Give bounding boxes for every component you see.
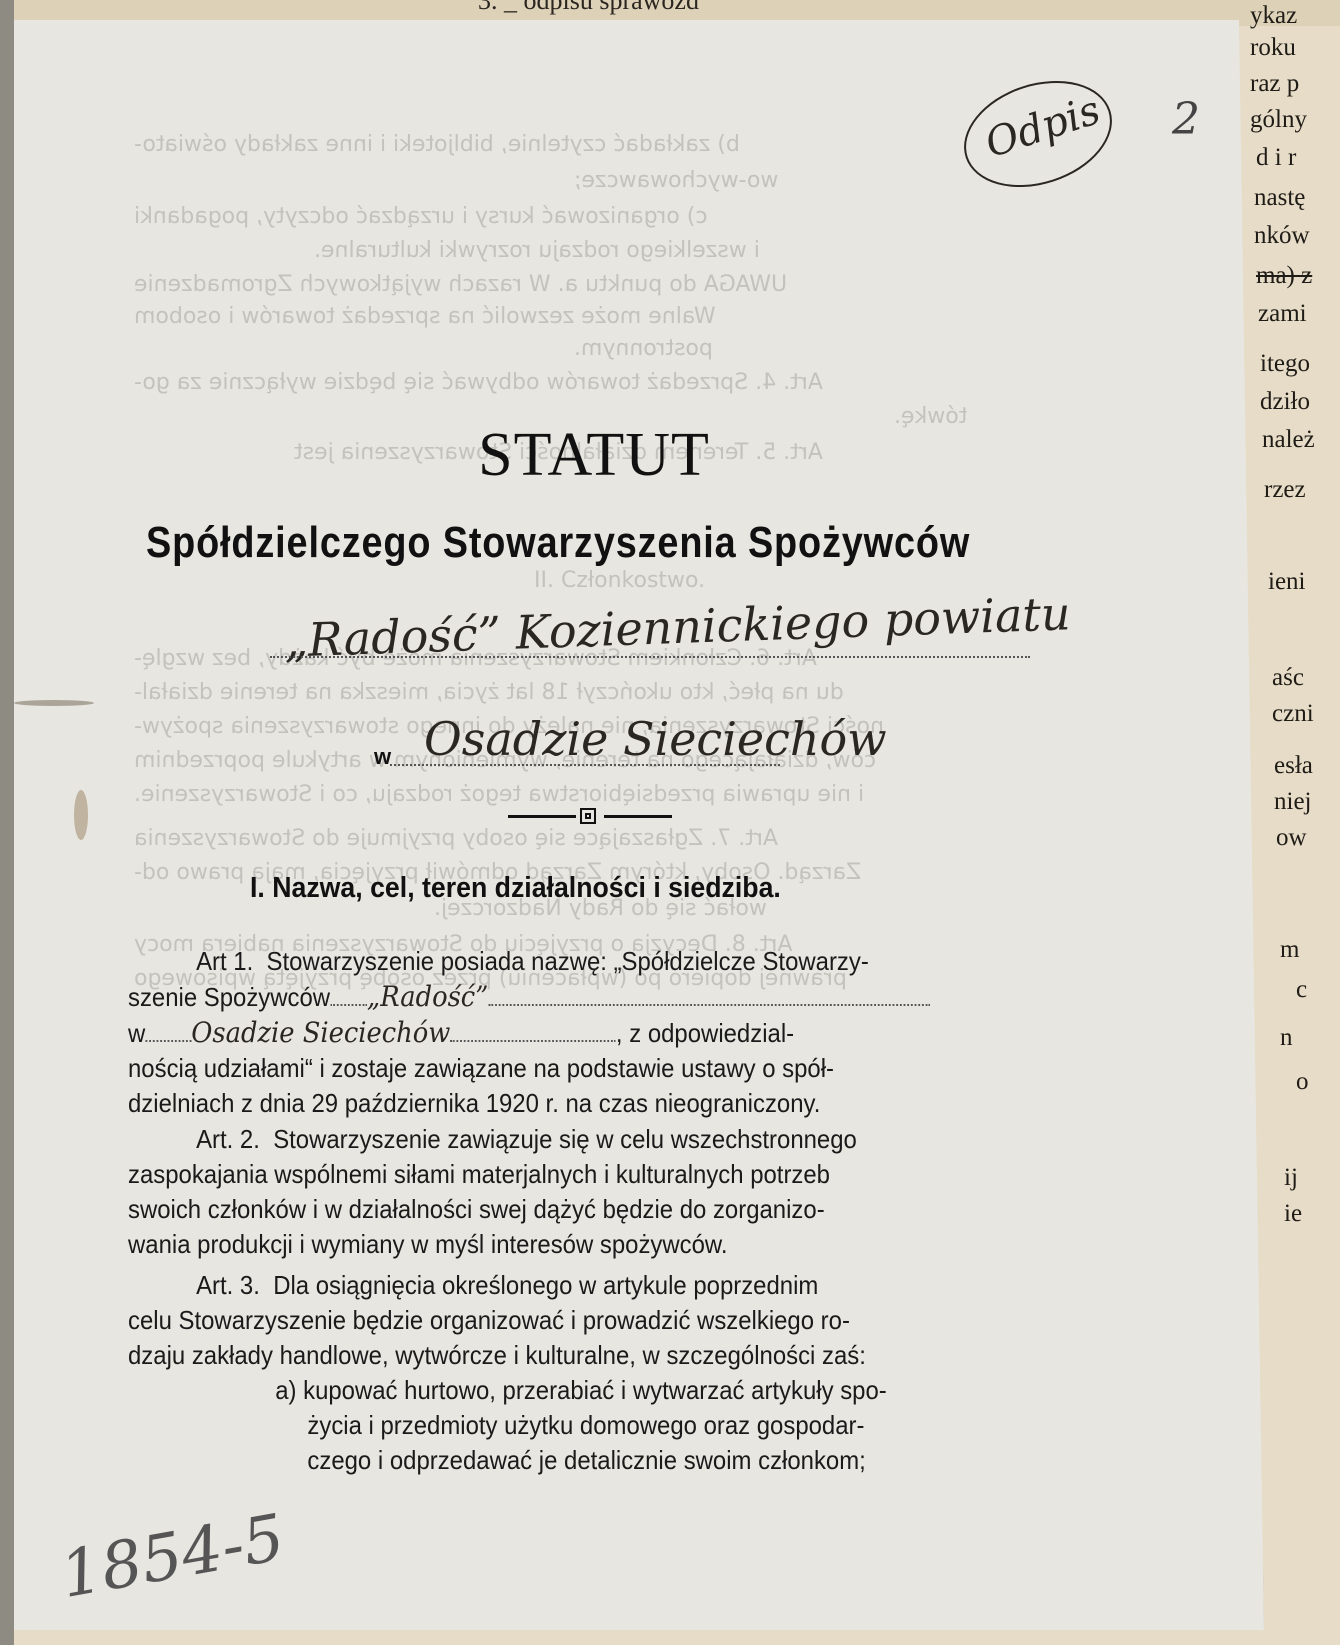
fragment: ieni [1268, 568, 1306, 596]
fragment: ie [1284, 1200, 1302, 1228]
dotted-fill-line [390, 764, 780, 766]
odpis-text: Odpis [980, 87, 1106, 167]
handwritten-place: Osadzie Sieciechów [424, 712, 887, 766]
handwritten-place-inline: Osadzie Sieciechów [191, 1016, 450, 1049]
archive-number: 1854-5 [55, 1501, 290, 1613]
article-1: Art 1. Stowarzyszenie posiada nazwę: „Sp… [128, 944, 1002, 1121]
fragment: ow [1276, 824, 1307, 852]
bleed-text: du na płeć, kto ukończył 18 lat życia, m… [134, 680, 844, 705]
fragment: zami [1258, 300, 1307, 328]
bleed-text: b) zakładać czytelnie, bibljoteki i inne… [134, 132, 740, 157]
ink-stain [74, 790, 88, 840]
fragment: ma) z [1256, 262, 1312, 290]
art3-item-a: a) kupować hurtowo, przerabiać i wytwarz… [128, 1373, 1002, 1408]
fragment: niej [1274, 788, 1312, 816]
bleed-text: UWAGA do punktu a. W razach wyjątkowych … [134, 272, 787, 297]
handwritten-name-inline: „Radość” [367, 980, 489, 1013]
bleed-text: wo-wychowawcze; [574, 168, 778, 193]
art3-label: Art. 3. [196, 1270, 260, 1300]
fragment: o [1296, 1068, 1309, 1096]
bleed-text: Walne może zezwolić na sprzedaż towarów … [134, 304, 716, 329]
fragment: c [1296, 976, 1307, 1004]
fragment: n [1280, 1024, 1293, 1052]
fragment: m [1280, 936, 1299, 964]
page-number: 2 [1172, 94, 1200, 145]
document-subtitle: Spółdzielczego Stowarzyszenia Spożywców [146, 518, 903, 568]
divider-ornament [508, 808, 672, 824]
fragment: itego [1260, 350, 1310, 378]
fragment: d i r [1256, 144, 1296, 172]
bleed-text: II. Członkostwo. [534, 568, 705, 593]
fragment: ykaz [1250, 2, 1297, 30]
fragment: dziło [1260, 388, 1310, 416]
dotted-fill-line [270, 656, 1030, 658]
fragment: czni [1272, 700, 1314, 728]
fragment: nków [1254, 222, 1310, 250]
left-edge-strip [0, 0, 14, 1645]
bleed-text: i nie uprawia przedsiębiorstwa tegoż rod… [134, 782, 864, 807]
top-strip-text: 3. _ odpisu sprawozd [478, 0, 699, 16]
fragment: ij [1284, 1164, 1298, 1192]
document-title: STATUT [14, 420, 1174, 491]
fragment: nastę [1254, 184, 1305, 212]
bleed-text: i wszelkiego rodzaju rozrywki kulturalne… [314, 238, 760, 263]
section-heading: I. Nazwa, cel, teren działalności i sied… [250, 872, 781, 905]
article-2: Art. 2. Stowarzyszenie zawiązuje się w c… [128, 1122, 1002, 1262]
fragment: esła [1274, 752, 1313, 780]
ornament-square-icon [580, 808, 596, 824]
fragment: roku [1250, 34, 1296, 62]
bleed-text: Art. 4. Sprzedaż towarów odbywać się będ… [134, 370, 823, 395]
bleed-text: c) organizować kursy i urządzać odczyty,… [134, 204, 707, 229]
art2-label: Art. 2. [196, 1124, 260, 1154]
w-label: w [374, 744, 391, 770]
bleed-text: postronnym. [574, 336, 713, 361]
fragment: aśc [1272, 664, 1304, 692]
document-page: b) zakładać czytelnie, bibljoteki i inne… [14, 20, 1264, 1630]
fragment: gólny [1250, 106, 1307, 134]
article-3: Art. 3. Dla osiągnięcia określonego w ar… [128, 1268, 1002, 1478]
bleed-text: Art. 7. Zgłaszające się osoby przyjmuje … [134, 826, 778, 851]
art1-label: Art 1. [196, 946, 253, 976]
ink-stain [14, 700, 94, 706]
fragment: należ [1262, 426, 1315, 454]
odpis-stamp-annotation: Odpis [950, 63, 1125, 205]
fragment: raz p [1250, 70, 1299, 98]
fragment: rzez [1264, 476, 1306, 504]
